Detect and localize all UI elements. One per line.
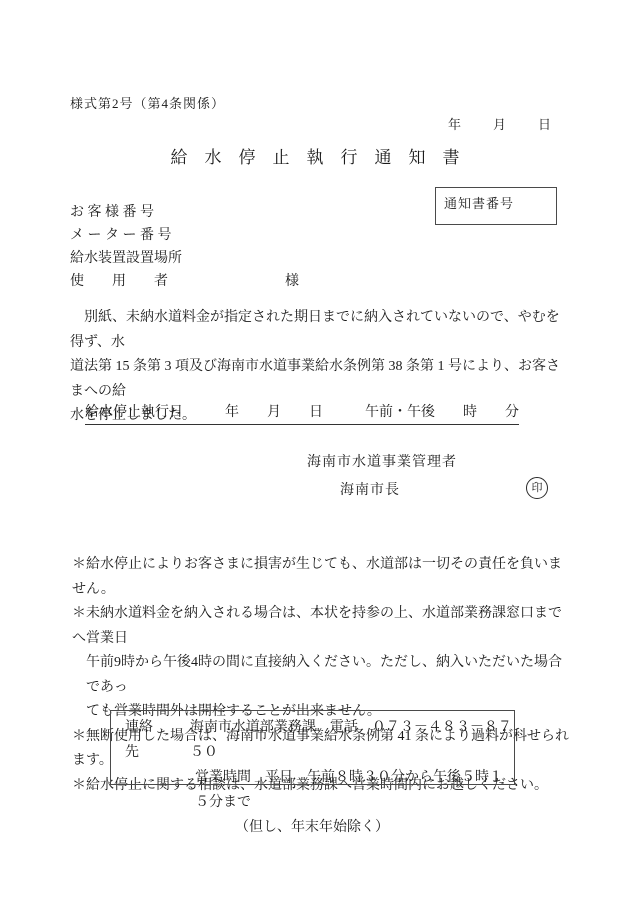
- contact-gap: [164, 715, 190, 765]
- honorific-label: 様: [285, 270, 299, 290]
- contact-label: 連絡先: [125, 715, 164, 765]
- seal-icon: 印: [526, 477, 548, 499]
- user-row: 使 用 者 様: [70, 270, 168, 290]
- contact-phone: 海南市水道部業務課 電話 ０７３－４８３－８７５０: [190, 715, 514, 765]
- contact-row-hours: 営業時間 平日 午前８時３０分から午後５時１５分まで: [111, 765, 514, 815]
- form-number: 様式第2号（第4条関係）: [70, 93, 225, 112]
- execution-date-line: 給水停止執行日 年 月 日 午前・午後 時 分: [85, 401, 519, 425]
- signature-organization: 海南市水道事業管理者: [307, 451, 457, 471]
- document-page: 様式第2号（第4条関係） 年 月 日 給水停止執行通知書 通知書番号 お 客 様…: [0, 0, 630, 903]
- notice-number-label: 通知書番号: [436, 188, 556, 212]
- body-line: 別紙、未納水道料金が指定された期日までに納入されていないので、やむを得ず、水: [70, 306, 570, 355]
- signature-signer-title: 海南市長: [340, 479, 400, 499]
- note-line: ＊給水停止によりお客さまに損害が生じても、水道部は一切その責任を負いません。: [72, 553, 572, 602]
- user-label: 使 用 者: [70, 274, 168, 289]
- meter-number-label: メ ー タ ー 番 号: [70, 224, 172, 244]
- contact-box: 連絡先 海南市水道部業務課 電話 ０７３－４８３－８７５０ 営業時間 平日 午前…: [110, 710, 515, 785]
- notice-number-box: 通知書番号: [435, 187, 557, 225]
- document-title: 給水停止執行通知書: [0, 143, 630, 168]
- installation-location-label: 給水装置設置場所: [70, 247, 182, 267]
- customer-number-label: お 客 様 番 号: [70, 201, 154, 221]
- note-line-continuation: 午前9時から午後4時の間に直接納入ください。ただし、納入いただいた場合であっ: [72, 651, 572, 700]
- contact-row-phone: 連絡先 海南市水道部業務課 電話 ０７３－４８３－８７５０: [111, 715, 514, 765]
- contact-row-exception: （但し、年末年始除く）: [111, 815, 514, 840]
- issue-date-line: 年 月 日: [448, 114, 553, 133]
- note-line: ＊未納水道料金を納入される場合は、本状を持参の上、水道部業務課窓口までへ営業日: [72, 602, 572, 651]
- body-line: 道法第 15 条第 3 項及び海南市水道事業給水条例第 38 条第 1 号により…: [70, 355, 570, 404]
